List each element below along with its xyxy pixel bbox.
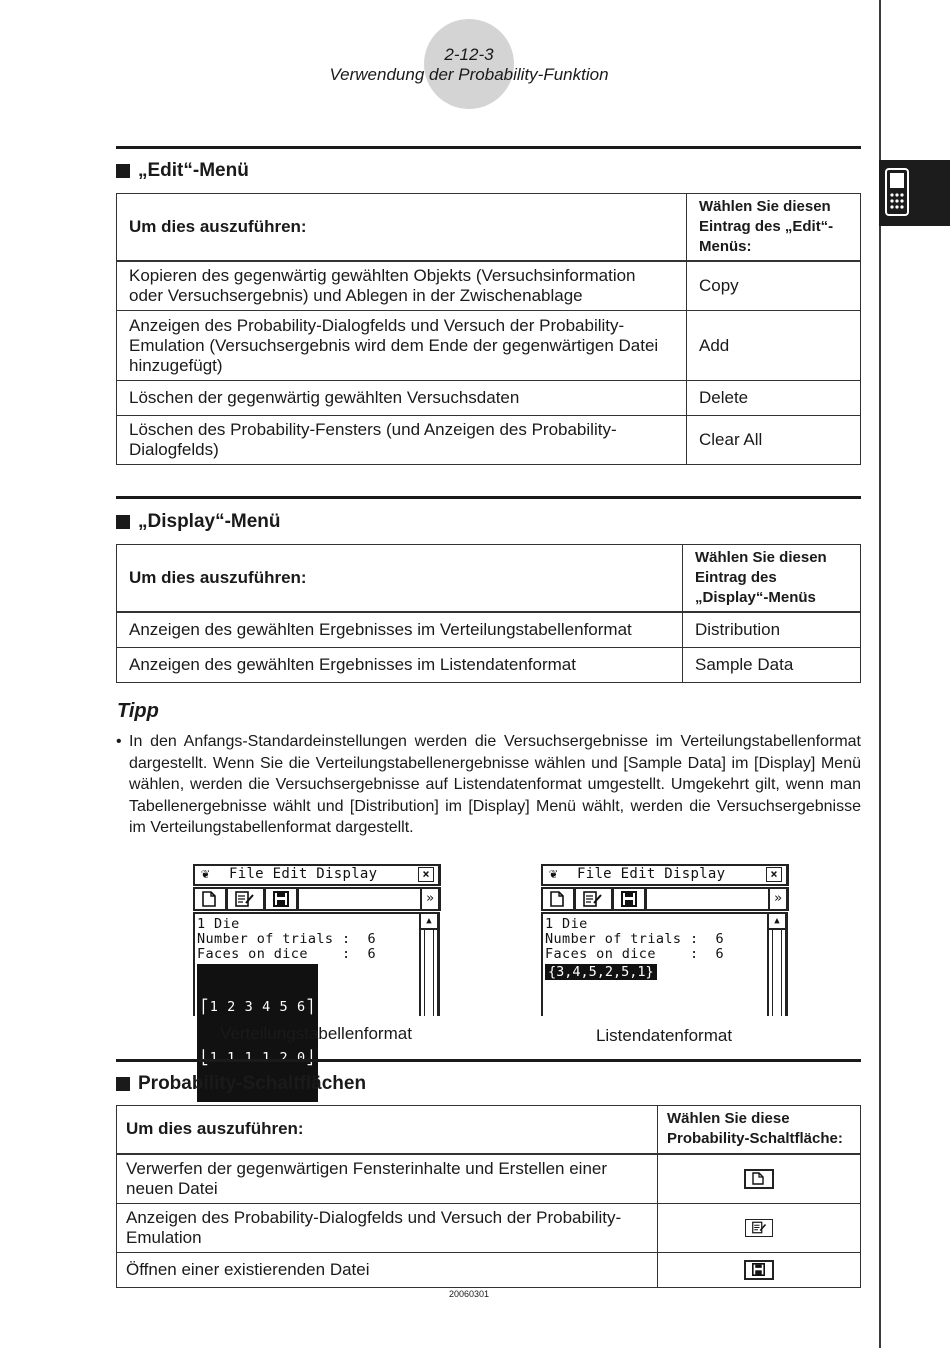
table-row: Anzeigen des Probability-Dialogfelds und… bbox=[117, 1203, 861, 1252]
square-bullet-icon bbox=[116, 1077, 130, 1091]
menu-items[interactable]: File Edit Display bbox=[577, 866, 725, 882]
menu-item-cell: Sample Data bbox=[683, 647, 861, 682]
table-row: Löschen der gegenwärtig gewählten Versuc… bbox=[117, 381, 861, 416]
display-menu-table: Um dies auszuführen: Wählen Sie diesen E… bbox=[116, 544, 861, 683]
toolbar-more-icon[interactable]: » bbox=[768, 889, 786, 909]
toolbar: » bbox=[541, 887, 789, 911]
caption-distribution: Verteilungstabellenformat bbox=[186, 1024, 446, 1044]
calculator-screen-list: ❦ File Edit Display × » 1 Die Number of … bbox=[541, 864, 786, 1014]
new-file-icon bbox=[550, 891, 564, 907]
floppy-disk-icon bbox=[273, 891, 289, 907]
result-area: 1 Die Number of trials : 6 Faces on dice… bbox=[193, 912, 440, 1016]
square-bullet-icon bbox=[116, 515, 130, 529]
new-file-icon bbox=[202, 891, 216, 907]
scroll-up-icon[interactable]: ▲ bbox=[769, 914, 785, 930]
result-area: 1 Die Number of trials : 6 Faces on dice… bbox=[541, 912, 788, 1016]
edit-dialog-icon bbox=[583, 891, 603, 907]
buttons-title: Probability-Schaltflächen bbox=[138, 1073, 366, 1095]
table-row: Öffnen einer existierenden Datei bbox=[117, 1252, 861, 1287]
edit-menu-table: Um dies auszuführen: Wählen Sie diesen E… bbox=[116, 193, 861, 465]
matrix-row-faces: ⎡1 2 3 4 5 6⎤ bbox=[201, 999, 314, 1016]
scroll-track[interactable] bbox=[424, 930, 434, 1016]
square-bullet-icon bbox=[116, 164, 130, 178]
app-menu-icon[interactable]: ❦ bbox=[549, 866, 557, 882]
action-cell: Kopieren des gegenwärtig gewählten Objek… bbox=[117, 261, 687, 311]
action-cell: Anzeigen des Probability-Dialogfelds und… bbox=[117, 311, 687, 381]
caption-list: Listendatenformat bbox=[534, 1026, 794, 1046]
scrollbar[interactable]: ▲ bbox=[767, 914, 788, 1016]
button-icon-cell bbox=[658, 1203, 861, 1252]
edit-dialog-button[interactable] bbox=[228, 889, 266, 909]
action-cell: Öffnen einer existierenden Datei bbox=[117, 1252, 658, 1287]
chapter-tab bbox=[879, 160, 950, 226]
section-rule bbox=[116, 496, 861, 499]
edit-menu-title: „Edit“-Menü bbox=[138, 160, 249, 182]
table-row: Anzeigen des Probability-Dialogfelds und… bbox=[117, 311, 861, 381]
calculator-icon bbox=[885, 168, 909, 216]
new-file-button-sample bbox=[744, 1169, 774, 1189]
table-row: Verwerfen der gegenwärtigen Fensterinhal… bbox=[117, 1154, 861, 1204]
open-file-button[interactable] bbox=[266, 889, 299, 909]
menu-item-cell: Distribution bbox=[683, 612, 861, 647]
col-header-choice: Wählen Sie diesen Eintrag des „Display“-… bbox=[683, 545, 861, 613]
open-file-button[interactable] bbox=[614, 889, 647, 909]
buttons-table: Um dies auszuführen: Wählen Sie diese Pr… bbox=[116, 1105, 861, 1288]
scroll-track[interactable] bbox=[772, 930, 782, 1016]
footer-code: 20060301 bbox=[0, 1289, 938, 1299]
close-icon[interactable]: × bbox=[418, 867, 434, 882]
table-row: Anzeigen des gewählten Ergebnisses im Ve… bbox=[117, 612, 861, 647]
menu-bar: ❦ File Edit Display × bbox=[193, 864, 441, 886]
display-menu-title: „Display“-Menü bbox=[138, 511, 281, 533]
toolbar: » bbox=[193, 887, 441, 911]
action-cell: Anzeigen des gewählten Ergebnisses im Li… bbox=[117, 647, 683, 682]
edit-dialog-icon bbox=[235, 891, 255, 907]
col-header-action: Um dies auszuführen: bbox=[117, 545, 683, 613]
menu-item-cell: Clear All bbox=[687, 416, 861, 465]
close-icon[interactable]: × bbox=[766, 867, 782, 882]
section-rule bbox=[116, 146, 861, 149]
bullet-icon: • bbox=[116, 731, 122, 753]
menu-item-cell: Delete bbox=[687, 381, 861, 416]
page-number: 2-12-3 bbox=[0, 45, 938, 65]
col-header-action: Um dies auszuführen: bbox=[117, 194, 687, 262]
new-file-button[interactable] bbox=[195, 889, 228, 909]
menu-bar: ❦ File Edit Display × bbox=[541, 864, 789, 886]
trial-title: 1 Die bbox=[545, 916, 588, 932]
tipp-text: In den Anfangs-Standardeinstellungen wer… bbox=[116, 731, 861, 839]
floppy-disk-icon bbox=[752, 1263, 765, 1276]
edit-dialog-button[interactable] bbox=[576, 889, 614, 909]
button-icon-cell bbox=[658, 1252, 861, 1287]
col-header-choice: Wählen Sie diese Probability-Schaltfläch… bbox=[658, 1106, 861, 1154]
buttons-heading: Probability-Schaltflächen bbox=[116, 1073, 366, 1095]
tipp-paragraph: • In den Anfangs-Standardeinstellungen w… bbox=[116, 731, 861, 839]
table-row: Anzeigen des gewählten Ergebnisses im Li… bbox=[117, 647, 861, 682]
open-file-button-sample bbox=[744, 1260, 774, 1280]
tipp-title: Tipp bbox=[117, 700, 159, 723]
floppy-disk-icon bbox=[621, 891, 637, 907]
scroll-up-icon[interactable]: ▲ bbox=[421, 914, 437, 930]
action-cell: Anzeigen des Probability-Dialogfelds und… bbox=[117, 1203, 658, 1252]
button-icon-cell bbox=[658, 1154, 861, 1204]
display-menu-heading: „Display“-Menü bbox=[116, 511, 281, 533]
new-file-icon bbox=[752, 1172, 764, 1185]
faces-line: Faces on dice : 6 bbox=[545, 946, 724, 962]
edit-dialog-button-sample bbox=[745, 1219, 773, 1237]
faces-line: Faces on dice : 6 bbox=[197, 946, 376, 962]
menu-items[interactable]: File Edit Display bbox=[229, 866, 377, 882]
action-cell: Löschen der gegenwärtig gewählten Versuc… bbox=[117, 381, 687, 416]
section-rule bbox=[116, 1059, 861, 1062]
scrollbar[interactable]: ▲ bbox=[419, 914, 440, 1016]
new-file-button[interactable] bbox=[543, 889, 576, 909]
page-title: Verwendung der Probability-Funktion bbox=[0, 65, 938, 85]
sample-data-list[interactable]: {3,4,5,2,5,1} bbox=[545, 964, 657, 980]
col-header-choice: Wählen Sie diesen Eintrag des „Edit“-Men… bbox=[687, 194, 861, 262]
app-menu-icon[interactable]: ❦ bbox=[201, 866, 209, 882]
toolbar-more-icon[interactable]: » bbox=[420, 889, 438, 909]
col-header-action: Um dies auszuführen: bbox=[117, 1106, 658, 1154]
trials-line: Number of trials : 6 bbox=[197, 931, 376, 947]
action-cell: Löschen des Probability-Fensters (und An… bbox=[117, 416, 687, 465]
action-cell: Verwerfen der gegenwärtigen Fensterinhal… bbox=[117, 1154, 658, 1204]
table-row: Löschen des Probability-Fensters (und An… bbox=[117, 416, 861, 465]
trial-title: 1 Die bbox=[197, 916, 240, 932]
menu-item-cell: Copy bbox=[687, 261, 861, 311]
action-cell: Anzeigen des gewählten Ergebnisses im Ve… bbox=[117, 612, 683, 647]
calculator-screen-distribution: ❦ File Edit Display × » 1 Die Number of … bbox=[193, 864, 438, 1014]
edit-menu-heading: „Edit“-Menü bbox=[116, 160, 249, 182]
table-row: Kopieren des gegenwärtig gewählten Objek… bbox=[117, 261, 861, 311]
edit-dialog-icon bbox=[752, 1221, 767, 1234]
trials-line: Number of trials : 6 bbox=[545, 931, 724, 947]
menu-item-cell: Add bbox=[687, 311, 861, 381]
